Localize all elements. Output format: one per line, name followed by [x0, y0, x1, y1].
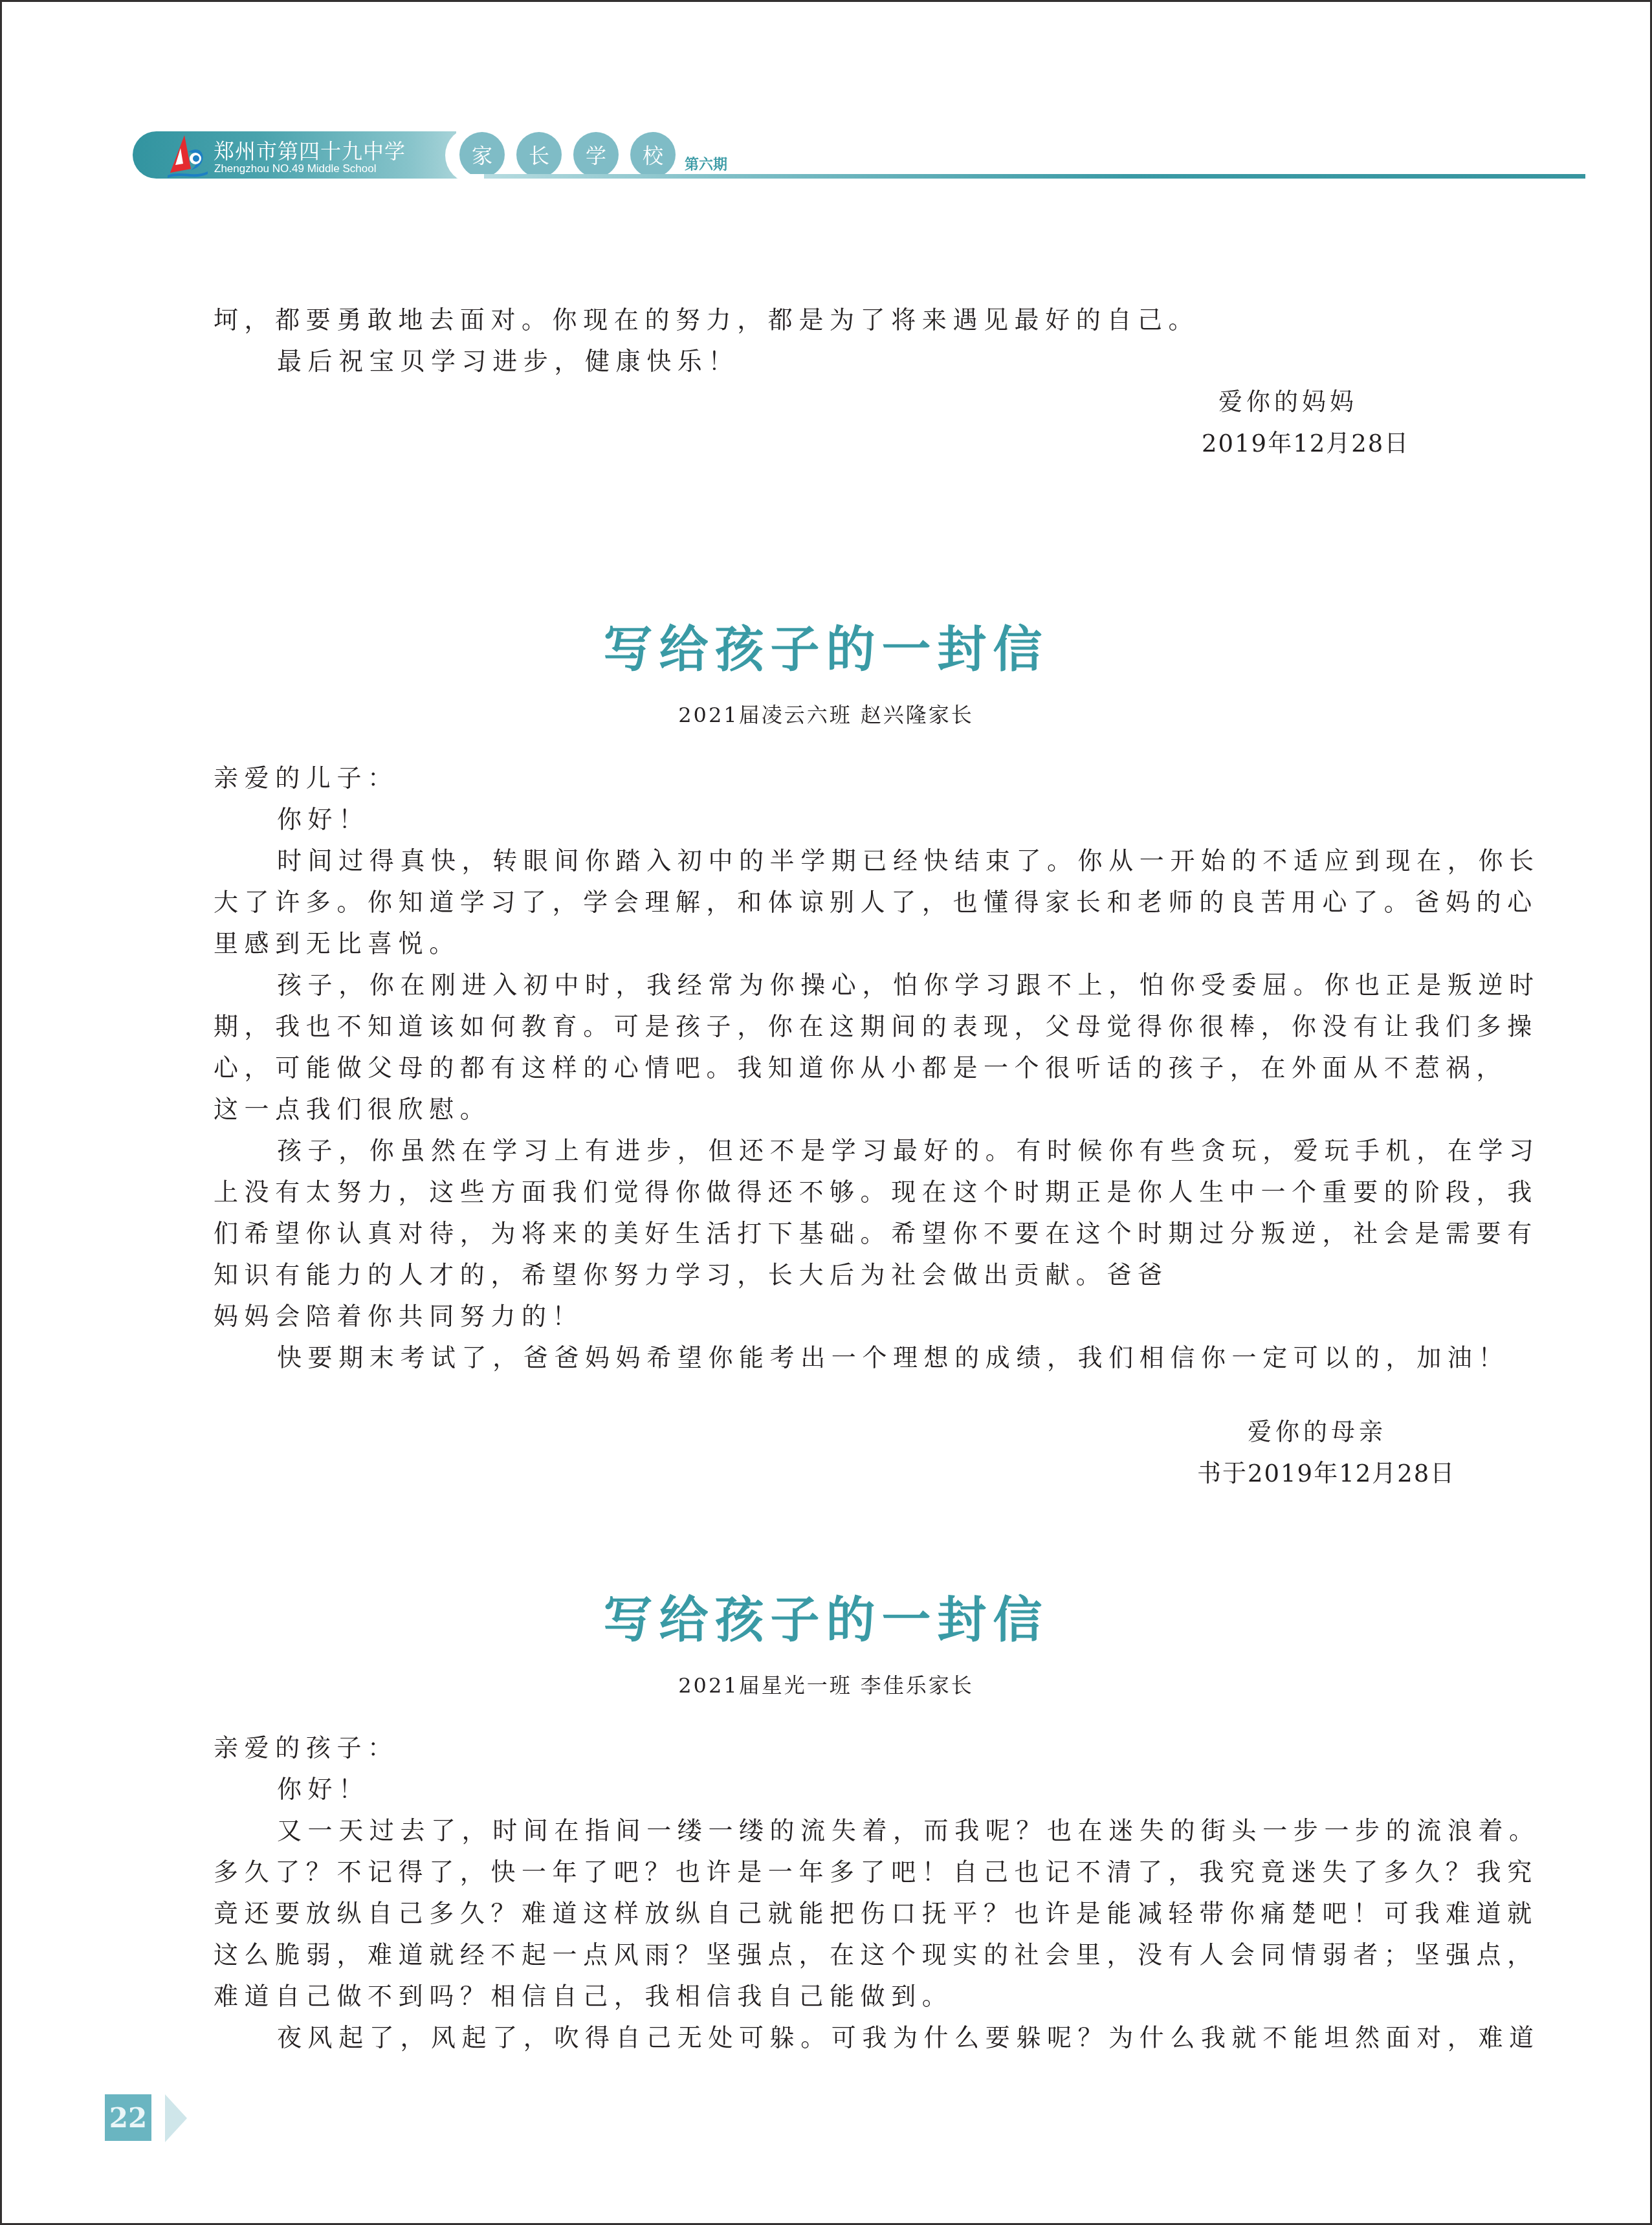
- paragraph-line: 期，我也不知道该如何教育。可是孩子，你在这期间的表现，父母觉得你很棒，你没有让我…: [214, 1011, 1538, 1042]
- issue-label: 第六期: [685, 153, 727, 173]
- header-rule: [443, 174, 1585, 179]
- paragraph-line: 最后祝宝贝学习进步，健康快乐！: [277, 345, 739, 377]
- signature: 爱你的妈妈: [1218, 387, 1358, 418]
- column-char-badge: 家: [459, 132, 505, 174]
- salutation: 亲爱的儿子：: [214, 762, 399, 793]
- greeting: 你好！: [277, 804, 369, 835]
- column-char-badge: 校: [630, 132, 676, 174]
- column-title: 家 长 学 校: [459, 131, 676, 174]
- paragraph-line: 又一天过去了，时间在指间一缕一缕的流失着，而我呢？也在迷失的街头一步一步的流浪着…: [277, 1815, 1540, 1846]
- paragraph-line: 这一点我们很欣慰。: [214, 1093, 490, 1124]
- paragraph-line: 知识有能力的人才的，希望你努力学习，长大后为社会做出贡献。爸爸: [214, 1259, 1169, 1290]
- greeting: 你好！: [277, 1773, 369, 1804]
- paragraph-line: 大了许多。你知道学习了，学会理解，和体谅别人了，也懂得家长和老师的良苦用心了。爸…: [214, 886, 1538, 917]
- paragraph-line: 夜风起了，风起了，吹得自己无处可躲。可我为什么要躲呢？为什么我就不能坦然面对，难…: [277, 2022, 1540, 2053]
- column-char-badge: 学: [573, 132, 619, 174]
- page-arrow-icon: [165, 2094, 187, 2142]
- paragraph-line: 孩子，你在刚进入初中时，我经常为你操心，怕你学习跟不上，怕你受委屈。你也正是叛逆…: [277, 969, 1540, 1000]
- paragraph-line: 多久了？不记得了，快一年了吧？也许是一年多了吧！自己也记不清了，我究竟迷失了多久…: [214, 1856, 1538, 1887]
- page-number: 22: [105, 2094, 151, 2141]
- paragraph-line: 里感到无比喜悦。: [214, 928, 460, 959]
- paragraph-line: 快要期末考试了，爸爸妈妈希望你能考出一个理想的成绩，我们相信你一定可以的，加油！: [277, 1342, 1509, 1373]
- letter-byline: 2021届星光一班 李佳乐家长: [0, 1669, 1652, 1699]
- sailboat-49-logo-icon: [165, 133, 210, 179]
- letter-title: 写给孩子的一封信: [0, 1581, 1652, 1651]
- letter-title: 写给孩子的一封信: [0, 610, 1652, 681]
- paragraph-line: 妈妈会陪着你共同努力的！: [214, 1300, 583, 1332]
- letter-byline: 2021届凌云六班 赵兴隆家长: [0, 699, 1652, 729]
- magazine-header: 郑州市第四十九中学 Zhengzhou NO.49 Middle School …: [133, 131, 1585, 183]
- paragraph-line: 难道自己做不到吗？相信自己，我相信我自己能做到。: [214, 1980, 953, 2011]
- paragraph-line: 时间过得真快，转眼间你踏入初中的半学期已经快结束了。你从一开始的不适应到现在，你…: [277, 845, 1540, 876]
- signature-date: 书于2019年12月28日: [1197, 1458, 1455, 1489]
- column-char-badge: 长: [516, 132, 562, 174]
- paragraph-line: 这么脆弱，难道就经不起一点风雨？坚强点，在这个现实的社会里，没有人会同情弱者；坚…: [214, 1939, 1538, 1970]
- paragraph-line: 坷，都要勇敢地去面对。你现在的努力，都是为了将来遇见最好的自己。: [214, 304, 1199, 335]
- paragraph-line: 们希望你认真对待，为将来的美好生活打下基础。希望你不要在这个时期过分叛逆，社会是…: [214, 1218, 1538, 1249]
- school-name-cn: 郑州市第四十九中学: [214, 135, 406, 165]
- paragraph-line: 上没有太努力，这些方面我们觉得你做得还不够。现在这个时期正是你人生中一个重要的阶…: [214, 1176, 1538, 1207]
- signature-date: 2019年12月28日: [1202, 428, 1409, 459]
- salutation: 亲爱的孩子：: [214, 1732, 399, 1763]
- signature: 爱你的母亲: [1248, 1417, 1387, 1448]
- school-banner: 郑州市第四十九中学 Zhengzhou NO.49 Middle School: [133, 131, 456, 179]
- paragraph-line: 竟还要放纵自己多久？难道这样放纵自己就能把伤口抚平？也许是能减轻带你痛楚吧！可我…: [214, 1898, 1538, 1929]
- paragraph-line: 心，可能做父母的都有这样的心情吧。我知道你从小都是一个很听话的孩子，在外面从不惹…: [214, 1052, 1507, 1083]
- school-name-en: Zhengzhou NO.49 Middle School: [214, 162, 376, 175]
- paragraph-line: 孩子，你虽然在学习上有进步，但还不是学习最好的。有时候你有些贪玩，爱玩手机，在学…: [277, 1135, 1540, 1166]
